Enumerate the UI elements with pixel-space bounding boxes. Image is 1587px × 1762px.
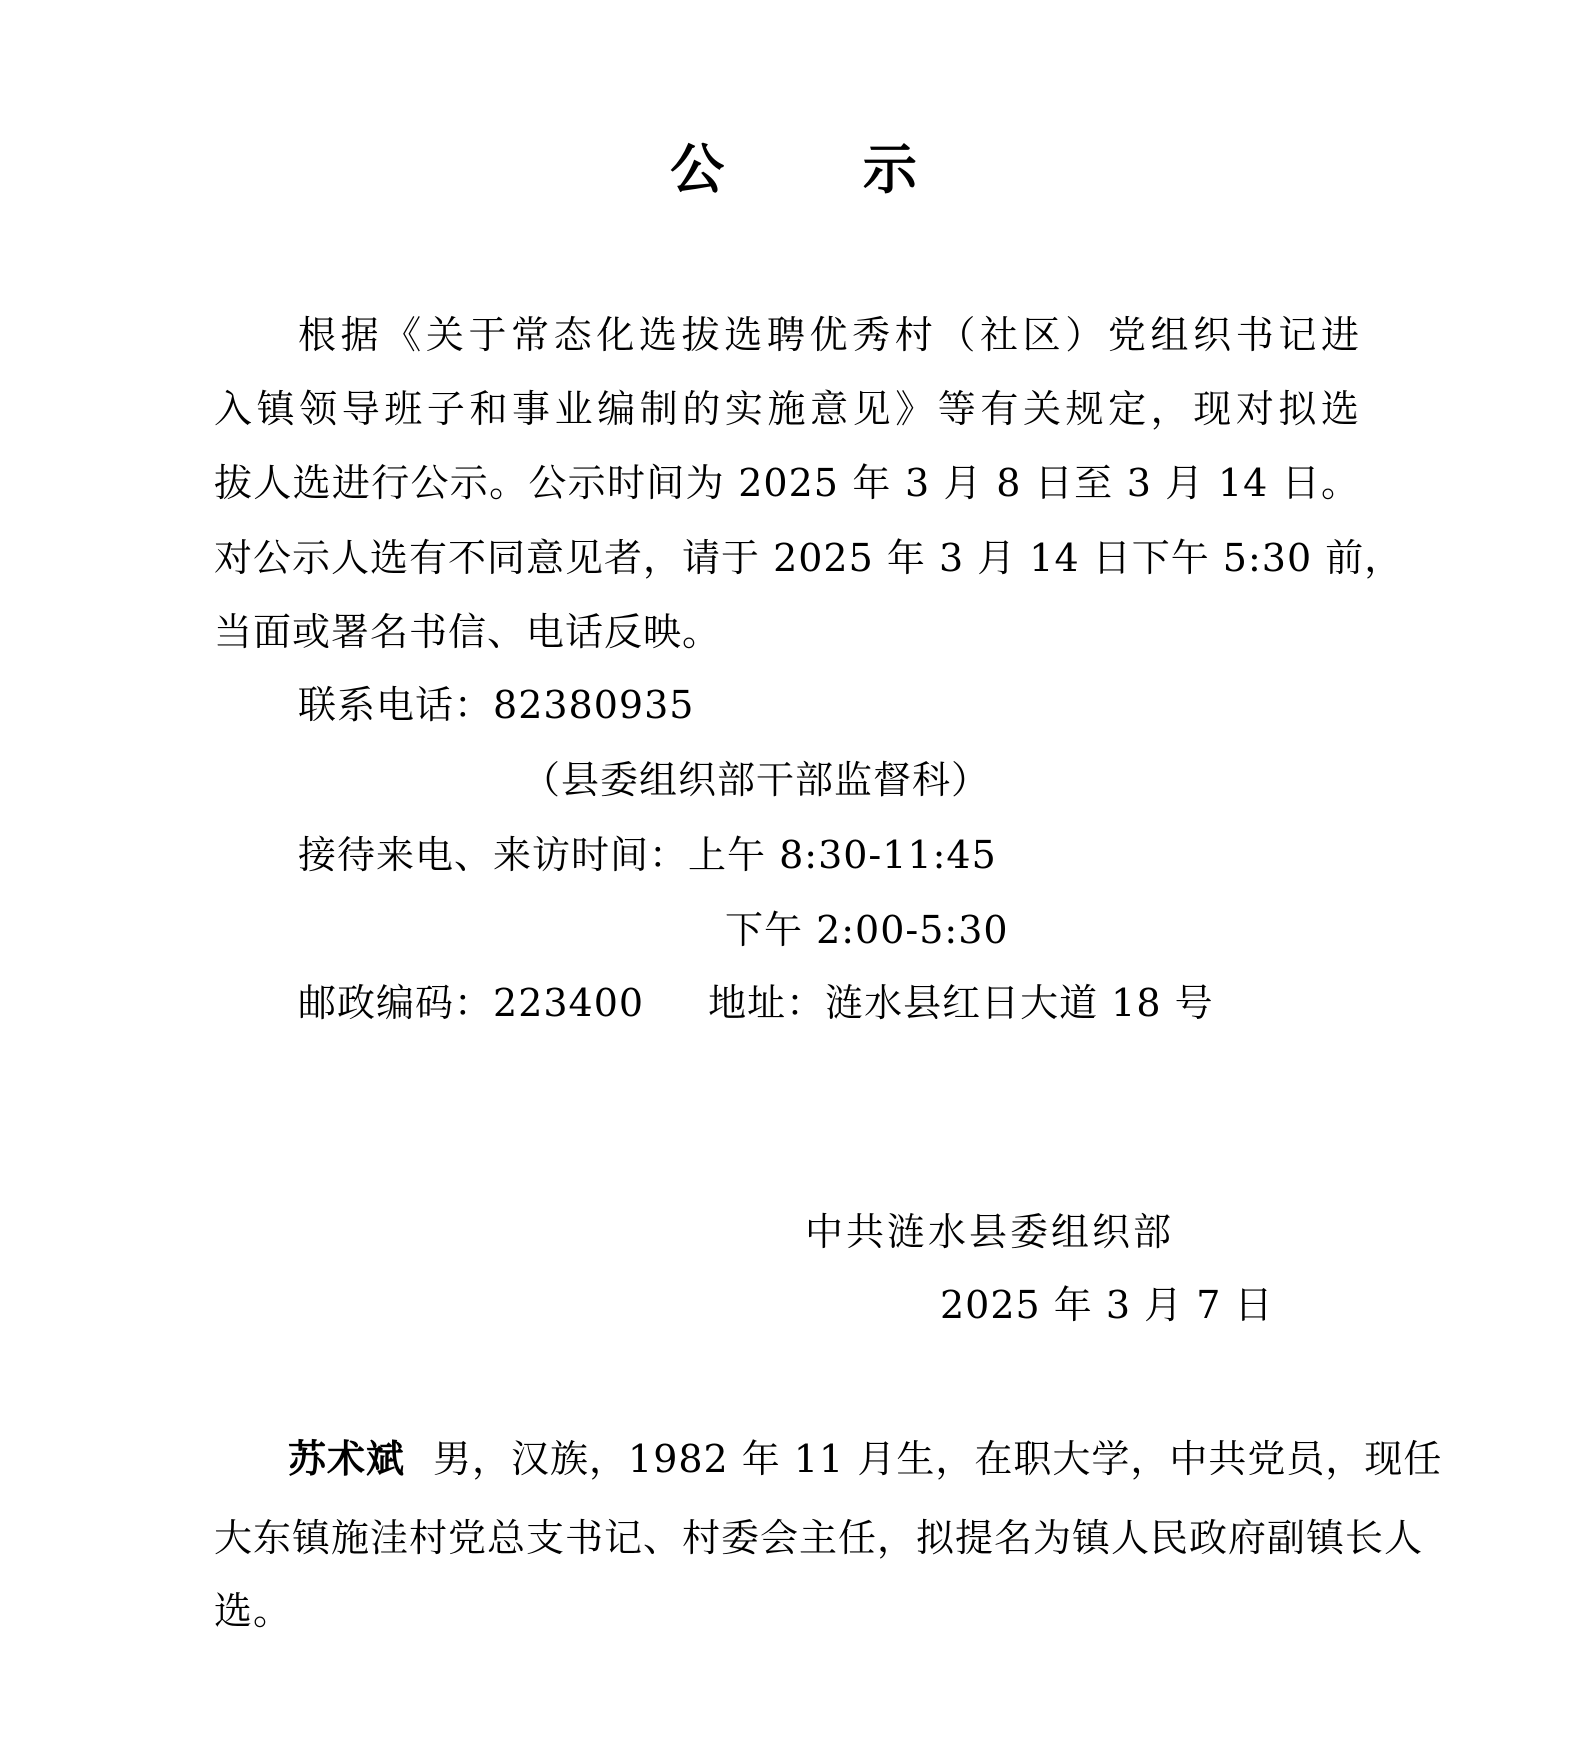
candidate-bio-line-3: 选。	[214, 1588, 292, 1634]
hours-am: 上午 8:30-11:45	[688, 833, 997, 877]
reception-hours-row: 接待来电、来访时间：上午 8:30-11:45	[298, 832, 997, 878]
contact-department: （县委组织部干部监督科）	[522, 757, 990, 803]
body-line-2: 入镇领导班子和事业编制的实施意见》等有关规定，现对拟选	[214, 386, 1360, 432]
postal-label: 邮政编码：	[298, 981, 493, 1025]
candidate-bio-line-1: 苏术斌男，汉族，1982 年 11 月生，在职大学，中共党员，现任	[288, 1436, 1360, 1482]
address-label: 地址：	[708, 981, 825, 1025]
hours-label: 接待来电、来访时间：	[298, 833, 688, 877]
signature-organization: 中共涟水县委组织部	[805, 1209, 1174, 1255]
body-line-1: 根据《关于常态化选拔选聘优秀村（社区）党组织书记进	[298, 312, 1360, 358]
phone-label: 联系电话：	[298, 683, 493, 727]
candidate-bio-text-1: 男，汉族，1982 年 11 月生，在职大学，中共党员，现任	[433, 1437, 1442, 1481]
body-line-3: 拔人选进行公示。公示时间为 2025 年 3 月 8 日至 3 月 14 日。	[214, 460, 1360, 506]
page-title: 公 示	[0, 138, 1587, 202]
phone-value: 82380935	[493, 683, 694, 727]
contact-phone-row: 联系电话：82380935	[298, 682, 694, 728]
address-value: 涟水县红日大道 18 号	[825, 981, 1214, 1025]
postal-address-row: 邮政编码：223400地址：涟水县红日大道 18 号	[298, 980, 1214, 1026]
signature-date: 2025 年 3 月 7 日	[940, 1282, 1273, 1328]
body-line-5: 当面或署名书信、电话反映。	[214, 609, 721, 655]
body-line-4: 对公示人选有不同意见者，请于 2025 年 3 月 14 日下午 5:30 前，	[214, 535, 1360, 581]
postal-value: 223400	[493, 981, 644, 1025]
hours-pm: 下午 2:00-5:30	[725, 907, 1009, 953]
candidate-name: 苏术斌	[288, 1437, 405, 1481]
candidate-bio-line-2: 大东镇施洼村党总支书记、村委会主任，拟提名为镇人民政府副镇长人	[214, 1515, 1360, 1561]
